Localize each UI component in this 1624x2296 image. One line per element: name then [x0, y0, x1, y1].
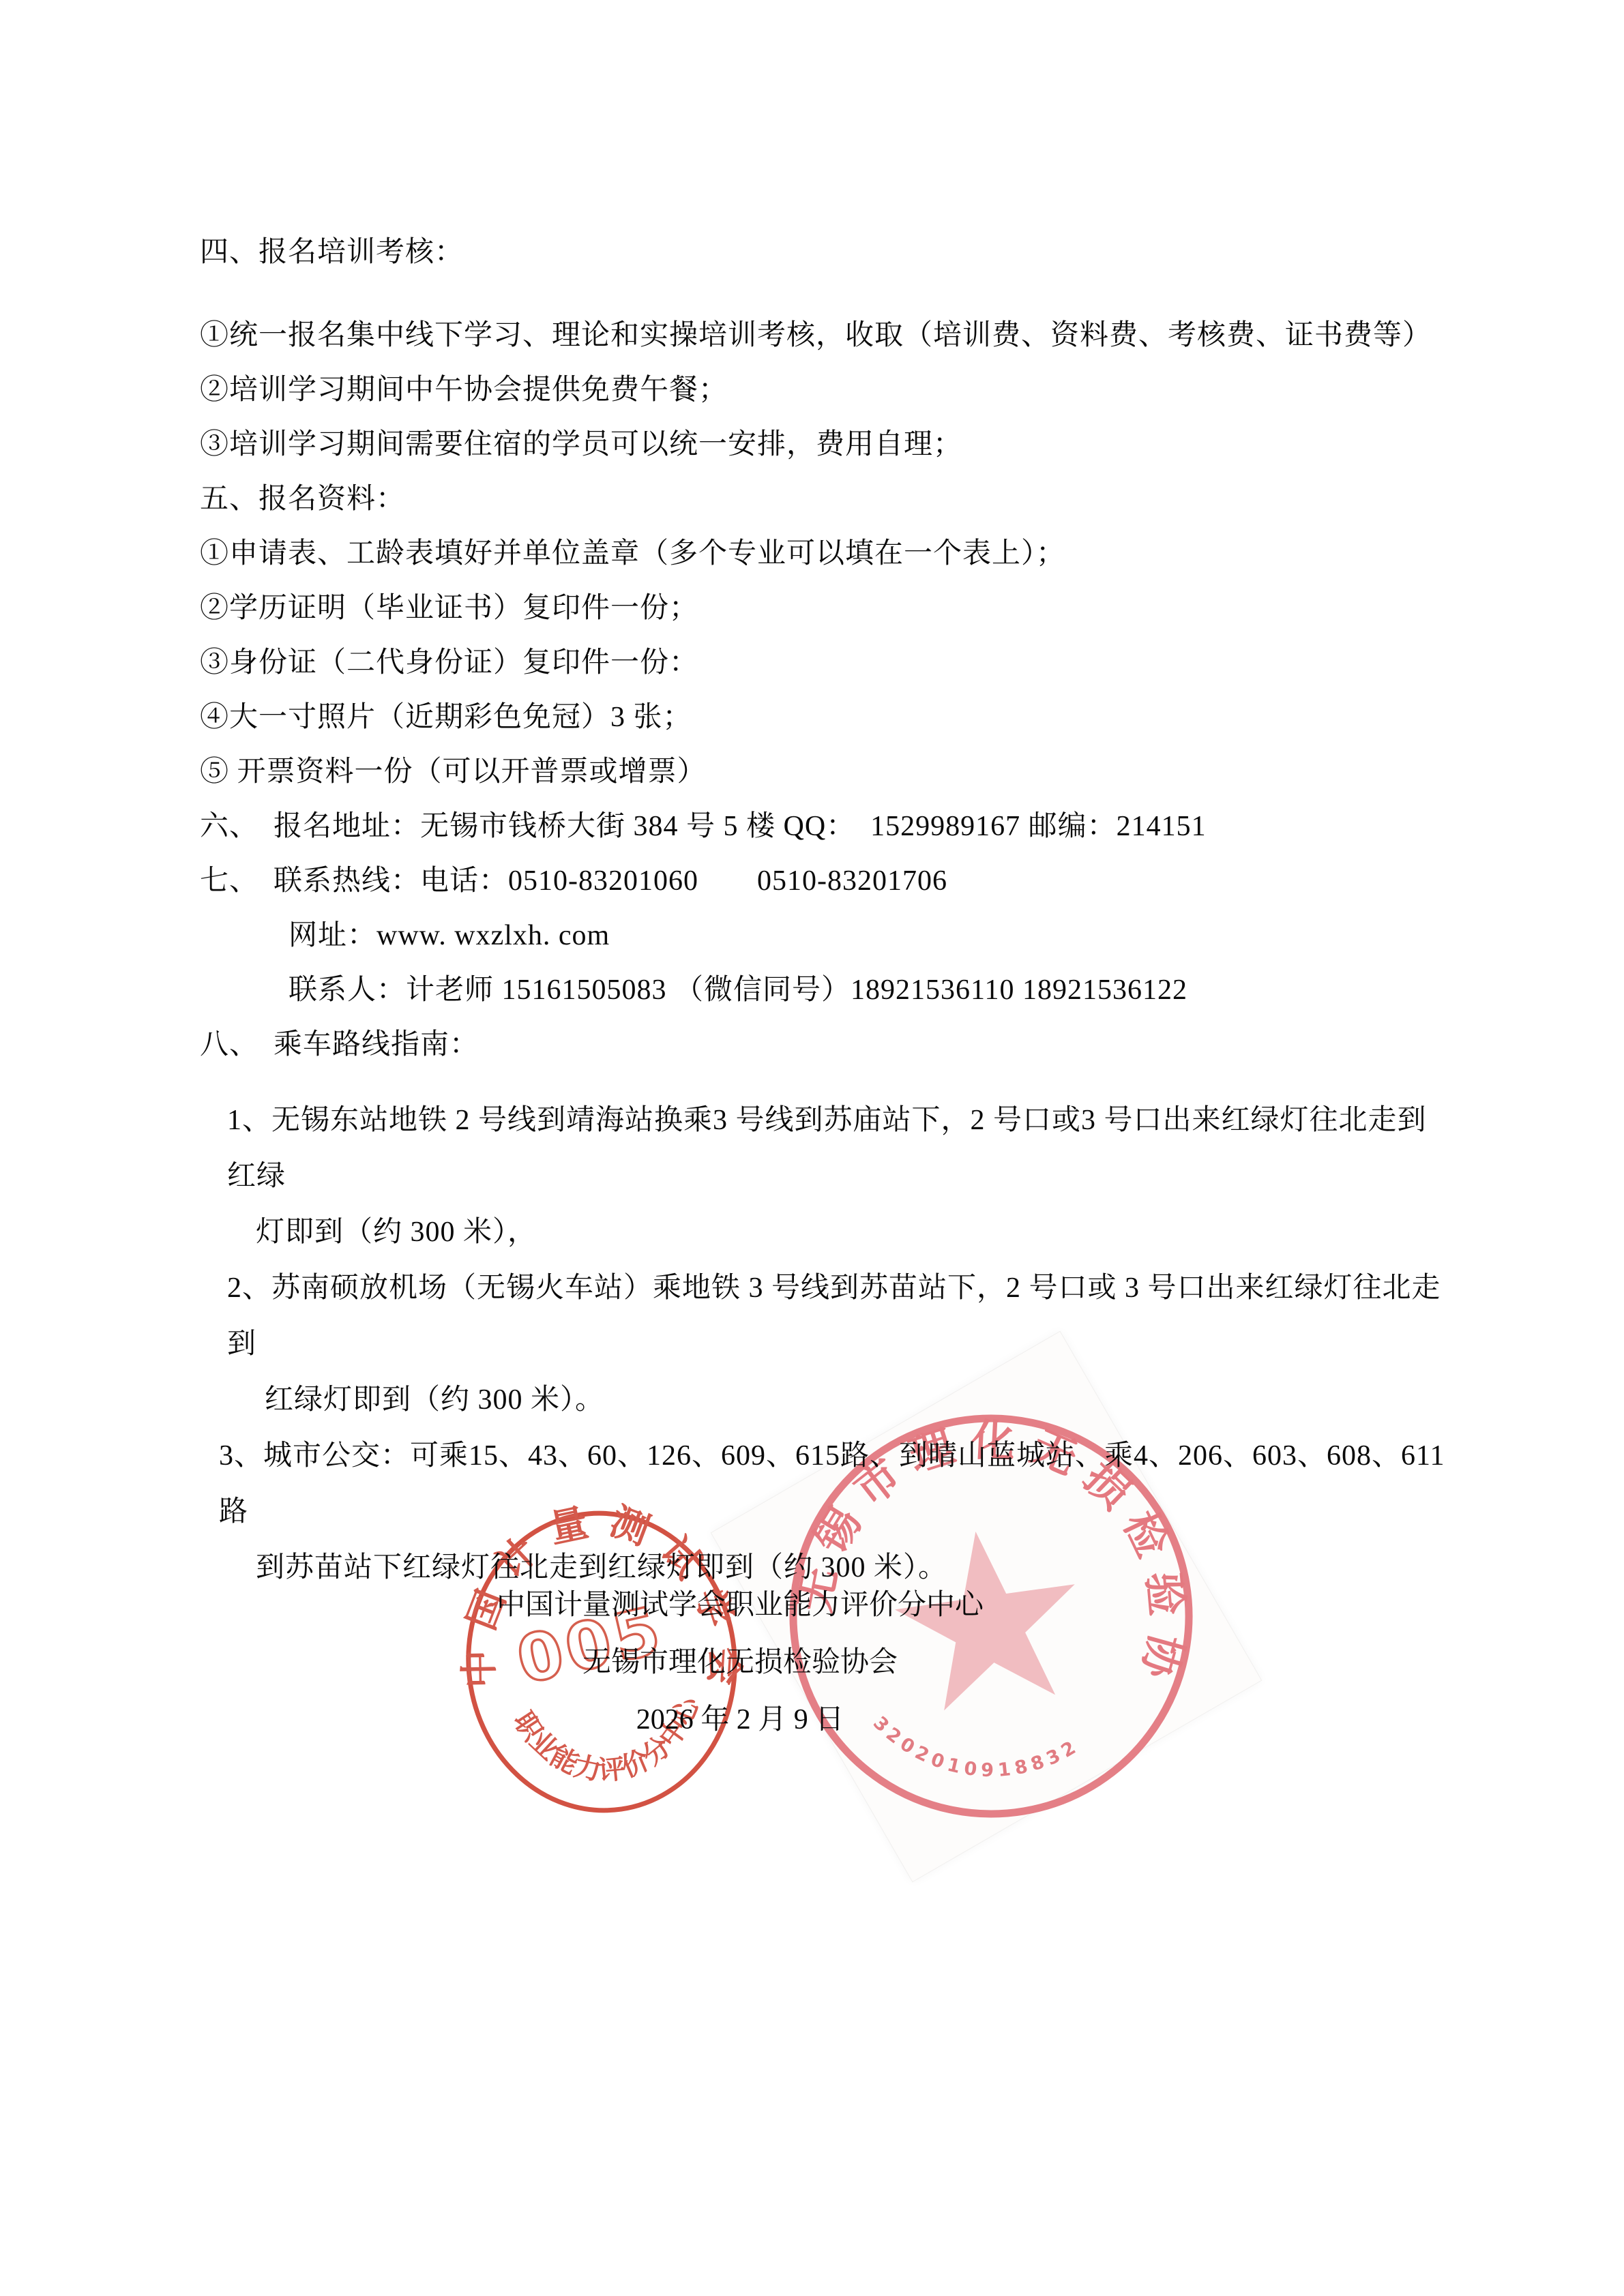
doc-line: 红绿灯即到（约 300 米）。 [200, 1372, 1453, 1428]
document-page: 四、报名培训考核： ①统一报名集中线下学习、理论和实操培训考核，收取（培训费、资… [0, 0, 1624, 2296]
doc-line: ①统一报名集中线下学习、理论和实操培训考核，收取（培训费、资料费、考核费、证书费… [200, 308, 1453, 363]
document-body: 四、报名培训考核： ①统一报名集中线下学习、理论和实操培训考核，收取（培训费、资… [0, 0, 1624, 1596]
doc-line: 灯即到（约 300 米）， [200, 1204, 1453, 1260]
doc-line: ⑤ 开票资料一份（可以开普票或增票） [200, 745, 1453, 799]
doc-line: ③身份证（二代身份证）复印件一份： [200, 636, 1453, 690]
doc-line: 五、报名资料： [200, 472, 1453, 526]
doc-line: ④大一寸照片（近期彩色免冠）3 张； [200, 690, 1453, 745]
doc-line-route-2: 2、苏南硕放机场（无锡火车站）乘地铁 3 号线到苏苗站下，2 号口或 3 号口出… [200, 1260, 1453, 1372]
doc-line: ①申请表、工龄表填好并单位盖章（多个专业可以填在一个表上）； [200, 526, 1453, 581]
doc-line-route-1: 1、无锡东站地铁 2 号线到靖海站换乘3 号线到苏庙站下，2 号口或3 号口出来… [200, 1092, 1453, 1204]
doc-line: 七、 联系热线：电话：0510-83201060 0510-83201706 [200, 854, 1453, 908]
doc-line-contact: 联系人：计老师 15161505083 （微信同号）18921536110 18… [200, 963, 1453, 1017]
signature-block: 中国计量测试学会职业能力评价分中心 无锡市理化无损检验协会 2026 年 2 月… [467, 1577, 1013, 1748]
signature-org-1: 中国计量测试学会职业能力评价分中心 [467, 1577, 1013, 1634]
signature-org-2: 无锡市理化无损检验协会 [467, 1634, 1013, 1691]
doc-line: ②培训学习期间中午协会提供免费午餐； [200, 363, 1453, 417]
doc-line: ③培训学习期间需要住宿的学员可以统一安排，费用自理； [200, 417, 1453, 472]
signature-date: 2026 年 2 月 9 日 [467, 1691, 1013, 1748]
doc-line-website: 网址：www. wxzlxh. com [200, 908, 1453, 963]
doc-line: 六、 报名地址：无锡市钱桥大街 384 号 5 楼 QQ： 1529989167… [200, 799, 1453, 854]
doc-line: 八、 乘车路线指南： [200, 1017, 1453, 1072]
doc-line: 四、报名培训考核： [200, 225, 1453, 280]
doc-line-route-3: 3、城市公交：可乘15、43、60、126、609、615路、到晴山蓝城站、乘4… [200, 1428, 1453, 1540]
doc-line: ②学历证明（毕业证书）复印件一份； [200, 581, 1453, 636]
